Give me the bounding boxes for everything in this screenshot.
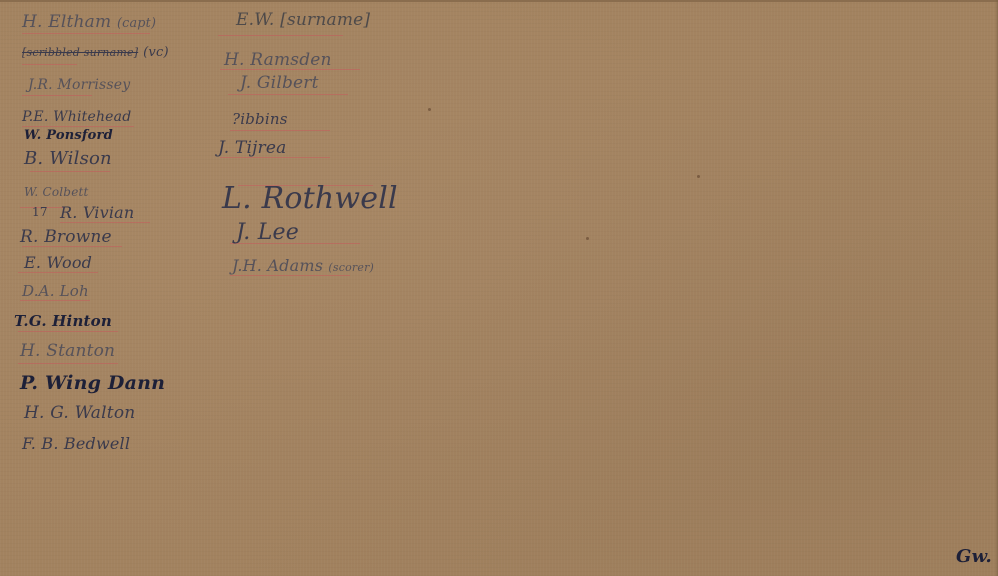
ruled-line <box>22 95 92 96</box>
signature-wilson: B. Wilson <box>24 150 112 168</box>
ruled-line <box>218 35 343 36</box>
signature-ramsden: H. Ramsden <box>224 52 332 69</box>
ruled-line <box>230 275 350 276</box>
signature-wing-dann: P. Wing Dann <box>20 374 165 393</box>
signature-ew: E.W. [surname] <box>236 12 370 29</box>
signature-eltham: H. Eltham (capt) <box>22 14 156 31</box>
signature-gilbert: J. Gilbert <box>240 75 319 92</box>
signature-browne: R. Browne <box>20 229 112 246</box>
ruled-line <box>18 331 118 332</box>
ruled-line <box>230 130 330 131</box>
signature-bedwell: F. B. Bedwell <box>22 436 130 452</box>
signature-tijrea: J. Tijrea <box>218 140 286 157</box>
signature-whitehead: P.E. Whitehead <box>22 110 131 124</box>
ruled-line <box>22 64 77 65</box>
ruled-line <box>228 94 348 95</box>
number-mark: 17 <box>32 206 48 218</box>
signature-loh: D.A. Loh <box>22 284 89 299</box>
signature-ibbins: ?ibbins <box>232 112 288 127</box>
signature-walton: H. G. Walton <box>24 405 135 422</box>
paper-speck <box>697 175 700 178</box>
paper-speck <box>586 237 589 240</box>
ruled-line <box>18 272 98 273</box>
ruled-line <box>22 126 134 127</box>
signature-rothwell: L. Rothwell <box>222 184 398 214</box>
signature-ponsford: W. Ponsford <box>24 129 113 142</box>
signature-stanton: H. Stanton <box>20 343 115 360</box>
signature-hinton: T.G. Hinton <box>14 314 112 329</box>
signature-adams: J.H. Adams (scorer) <box>232 258 374 274</box>
signature-vivian: R. Vivian <box>60 205 134 221</box>
signature-morrissey: J.R. Morrissey <box>28 78 130 92</box>
ruled-line <box>18 363 118 364</box>
signature-lee: J. Lee <box>236 222 299 244</box>
ruled-line <box>20 300 90 301</box>
card-top-edge <box>0 0 998 2</box>
paper-speck <box>428 108 431 111</box>
signature-colbett: W. Colbett <box>24 186 89 198</box>
signature-vc: [scribbled surname] (vc) <box>22 44 169 59</box>
corner-initials: Gw. <box>956 548 992 566</box>
signature-wood: E. Wood <box>24 255 92 271</box>
ruled-line <box>60 222 150 223</box>
ruled-line <box>30 171 110 172</box>
signature-card: H. Eltham (capt) [scribbled surname] (vc… <box>0 0 998 576</box>
ruled-line <box>22 33 150 34</box>
